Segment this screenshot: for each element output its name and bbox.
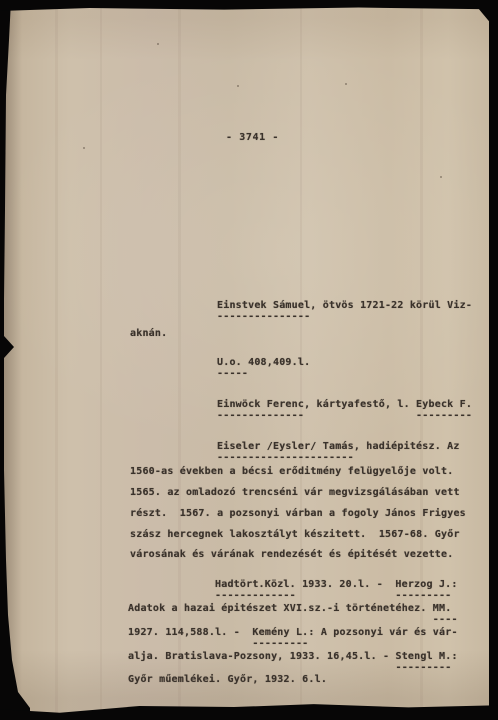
entry-eiseler-text: városának és várának rendezését és épité… [130, 548, 453, 561]
paper-speck [83, 147, 85, 149]
entry-eiseler-reference: Győr műemlékei. Győr, 1932. 6.l. [128, 673, 327, 686]
typed-underline: ---- [128, 613, 458, 626]
entry-eiseler-text: 1560-as években a bécsi erőditmény felüg… [130, 465, 453, 478]
entry-eiseler-text: 1565. az omladozó trencséni vár megvizsg… [130, 486, 460, 499]
page-number: - 3741 - [226, 131, 279, 144]
paper-streak [55, 0, 58, 720]
paper-speck [345, 83, 347, 85]
scan-border-right [489, 0, 498, 720]
typed-underline: --------- [128, 637, 308, 650]
typed-underline: -------------- --------- [217, 409, 472, 422]
entry-eiseler-text: részt. 1567. a pozsonyi várban a fogoly … [130, 507, 466, 520]
typed-underline: ----- [217, 367, 248, 380]
paper-streak [100, 0, 102, 720]
paper-speck [237, 85, 239, 87]
typed-underline: ------------- --------- [215, 589, 451, 602]
paper-speck [157, 43, 159, 45]
typed-underline: ---------------------- [217, 451, 354, 464]
entry-einstvek-text: aknán. [130, 327, 167, 340]
scanned-document-page: - 3741 - Einstvek Sámuel, ötvös 1721-22 … [0, 0, 498, 720]
entry-eiseler-text: szász hercegnek lakosztályt készitett. 1… [130, 528, 460, 541]
typed-underline: --------------- [217, 310, 310, 323]
paper-speck [440, 176, 442, 178]
